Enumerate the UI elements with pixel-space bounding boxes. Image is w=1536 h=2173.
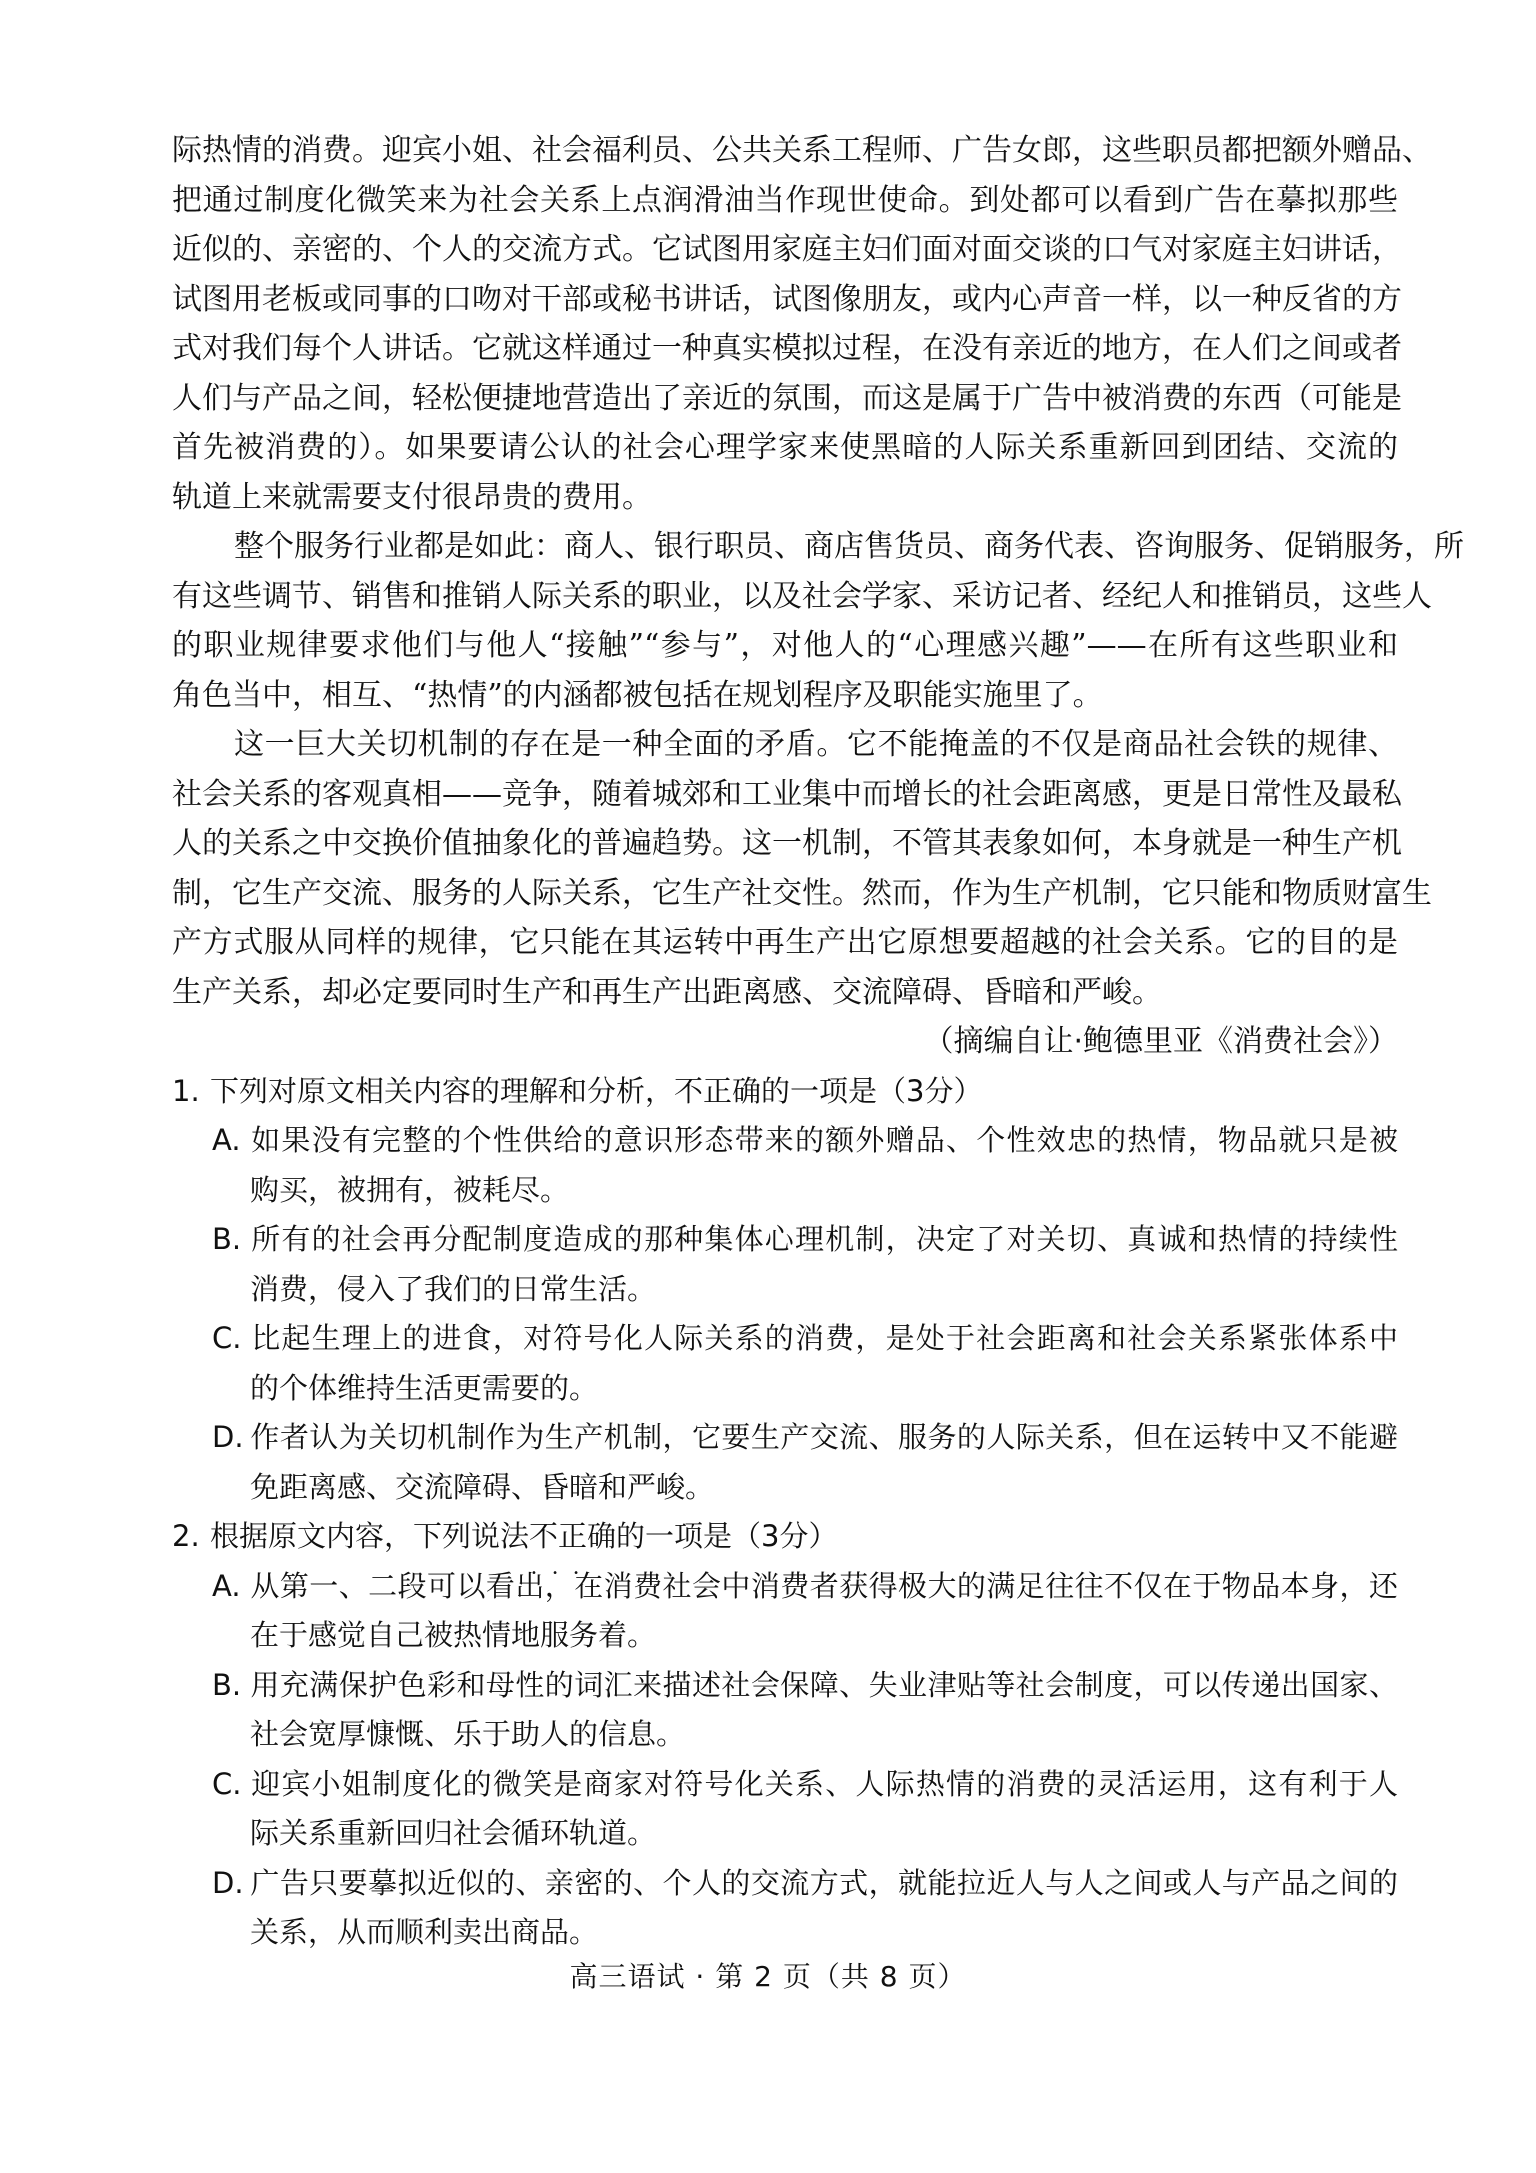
text-line: 制，它生产交流、服务的人际关系，它生产社交性。然而，作为生产机制，它只能和物质财… xyxy=(172,869,1398,919)
option-c[interactable]: C.比起生理上的进食，对符号化人际关系的消费，是处于社会距离和社会关系紧张体系中… xyxy=(172,1314,1398,1413)
stem-text: 根据原文内容，下列说法 xyxy=(210,1519,529,1553)
option-text: 比起生理上的进食，对符号化人际关系的消费，是处于社会距离和社会关系紧张体系中 xyxy=(250,1321,1398,1355)
emphasis-text: 不正确 xyxy=(674,1074,761,1108)
emphasis-text: 不正确 xyxy=(529,1519,616,1553)
passage-paragraph-3: 这一巨大关切机制的存在是一种全面的矛盾。它不能掩盖的不仅是商品社会铁的规律、 社… xyxy=(172,720,1398,1017)
question-number: 2. xyxy=(172,1512,210,1562)
option-letter: A. xyxy=(212,1116,250,1166)
option-text: 际关系重新回归社会循环轨道。 xyxy=(172,1809,1398,1859)
text-line: 社会关系的客观真相——竞争，随着城郊和工业集中而增长的社会距离感，更是日常性及最… xyxy=(172,770,1398,820)
text-line: 人们与产品之间，轻松便捷地营造出了亲近的氛围，而这是属于广告中被消费的东西（可能… xyxy=(172,374,1398,424)
stem-text: 的一项是（3分） xyxy=(761,1074,982,1108)
option-b[interactable]: B.所有的社会再分配制度造成的那种集体心理机制，决定了对关切、真诚和热情的持续性… xyxy=(172,1215,1398,1314)
text-line: 把通过制度化微笑来为社会关系上点润滑油当作现世使命。到处都可以看到广告在摹拟那些 xyxy=(172,176,1398,226)
question-stem: 1.下列对原文相关内容的理解和分析，不正确的一项是（3分） xyxy=(172,1067,1398,1117)
option-text: 社会宽厚慷慨、乐于助人的信息。 xyxy=(172,1710,1398,1760)
text-line: 近似的、亲密的、个人的交流方式。它试图用家庭主妇们面对面交谈的口气对家庭主妇讲话… xyxy=(172,225,1398,275)
option-b[interactable]: B.用充满保护色彩和母性的词汇来描述社会保障、失业津贴等社会制度，可以传递出国家… xyxy=(172,1661,1398,1760)
option-text: 购买，被拥有，被耗尽。 xyxy=(172,1166,1398,1216)
text-line: 有这些调节、销售和推销人际关系的职业，以及社会学家、采访记者、经纪人和推销员，这… xyxy=(172,572,1398,622)
option-text: 所有的社会再分配制度造成的那种集体心理机制，决定了对关切、真诚和热情的持续性 xyxy=(250,1222,1398,1256)
option-text: 用充满保护色彩和母性的词汇来描述社会保障、失业津贴等社会制度，可以传递出国家、 xyxy=(250,1668,1398,1702)
text-line: 产方式服从同样的规律，它只能在其运转中再生产出它原想要超越的社会关系。它的目的是 xyxy=(172,918,1398,968)
text-line: 际热情的消费。迎宾小姐、社会福利员、公共关系工程师、广告女郎，这些职员都把额外赠… xyxy=(172,126,1398,176)
option-letter: B. xyxy=(212,1661,250,1711)
option-d[interactable]: D.广告只要摹拟近似的、亲密的、个人的交流方式，就能拉近人与人之间或人与产品之间… xyxy=(172,1859,1398,1958)
text-line: 轨道上来就需要支付很昂贵的费用。 xyxy=(172,473,1398,523)
passage-source: （摘编自让·鲍德里亚《消费社会》） xyxy=(172,1017,1398,1067)
option-letter: D. xyxy=(212,1859,250,1909)
stem-text: 下列对原文相关内容的理解和分析， xyxy=(210,1074,674,1108)
question-stem: 2.根据原文内容，下列说法不正确的一项是（3分） xyxy=(172,1512,1398,1562)
text-line: 人的关系之中交换价值抽象化的普遍趋势。这一机制，不管其表象如何，本身就是一种生产… xyxy=(172,819,1398,869)
option-text: 的个体维持生活更需要的。 xyxy=(172,1364,1398,1414)
option-letter: B. xyxy=(212,1215,250,1265)
option-text: 关系，从而顺利卖出商品。 xyxy=(172,1908,1398,1958)
option-letter: C. xyxy=(212,1314,250,1364)
text-line: 角色当中，相互、“热情”的内涵都被包括在规划程序及职能实施里了。 xyxy=(172,671,1398,721)
option-text: 作者认为关切机制作为生产机制，它要生产交流、服务的人际关系，但在运转中又不能避 xyxy=(250,1420,1398,1454)
option-a[interactable]: A.如果没有完整的个性供给的意识形态带来的额外赠品、个性效忠的热情，物品就只是被… xyxy=(172,1116,1398,1215)
text-line: 生产关系，却必定要同时生产和再生产出距离感、交流障碍、昏暗和严峻。 xyxy=(172,968,1398,1018)
option-letter: A. xyxy=(212,1562,250,1612)
text-line: 式对我们每个人讲话。它就这样通过一种真实模拟过程，在没有亲近的地方，在人们之间或… xyxy=(172,324,1398,374)
question-number: 1. xyxy=(172,1067,210,1117)
question-1: 1.下列对原文相关内容的理解和分析，不正确的一项是（3分） A.如果没有完整的个… xyxy=(172,1067,1398,1513)
option-text: 在于感觉自己被热情地服务着。 xyxy=(172,1611,1398,1661)
option-letter: C. xyxy=(212,1760,250,1810)
text-line: 这一巨大关切机制的存在是一种全面的矛盾。它不能掩盖的不仅是商品社会铁的规律、 xyxy=(172,720,1398,770)
option-text: 如果没有完整的个性供给的意识形态带来的额外赠品、个性效忠的热情，物品就只是被 xyxy=(250,1123,1398,1157)
option-a[interactable]: A.从第一、二段可以看出，在消费社会中消费者获得极大的满足往往不仅在于物品本身，… xyxy=(172,1562,1398,1661)
page-footer: 高三语试 · 第 2 页（共 8 页） xyxy=(0,1955,1536,1995)
stem-text: 的一项是（3分） xyxy=(616,1519,837,1553)
exam-page: 际热情的消费。迎宾小姐、社会福利员、公共关系工程师、广告女郎，这些职员都把额外赠… xyxy=(172,126,1398,1958)
option-c[interactable]: C.迎宾小姐制度化的微笑是商家对符号化关系、人际热情的消费的灵活运用，这有利于人… xyxy=(172,1760,1398,1859)
text-line: 整个服务行业都是如此：商人、银行职员、商店售货员、商务代表、咨询服务、促销服务，… xyxy=(172,522,1398,572)
text-line: 首先被消费的）。如果要请公认的社会心理学家来使黑暗的人际关系重新回到团结、交流的 xyxy=(172,423,1398,473)
text-line: 试图用老板或同事的口吻对干部或秘书讲话，试图像朋友，或内心声音一样，以一种反省的… xyxy=(172,275,1398,325)
option-d[interactable]: D.作者认为关切机制作为生产机制，它要生产交流、服务的人际关系，但在运转中又不能… xyxy=(172,1413,1398,1512)
option-text: 消费，侵入了我们的日常生活。 xyxy=(172,1265,1398,1315)
option-text: 从第一、二段可以看出，在消费社会中消费者获得极大的满足往往不仅在于物品本身，还 xyxy=(250,1569,1398,1603)
question-2: 2.根据原文内容，下列说法不正确的一项是（3分） A.从第一、二段可以看出，在消… xyxy=(172,1512,1398,1958)
text-line: 的职业规律要求他们与他人“接触”“参与”，对他人的“心理感兴趣”——在所有这些职… xyxy=(172,621,1398,671)
passage-paragraph-1: 际热情的消费。迎宾小姐、社会福利员、公共关系工程师、广告女郎，这些职员都把额外赠… xyxy=(172,126,1398,522)
option-text: 免距离感、交流障碍、昏暗和严峻。 xyxy=(172,1463,1398,1513)
option-letter: D. xyxy=(212,1413,250,1463)
passage-paragraph-2: 整个服务行业都是如此：商人、银行职员、商店售货员、商务代表、咨询服务、促销服务，… xyxy=(172,522,1398,720)
option-text: 迎宾小姐制度化的微笑是商家对符号化关系、人际热情的消费的灵活运用，这有利于人 xyxy=(250,1767,1398,1801)
option-text: 广告只要摹拟近似的、亲密的、个人的交流方式，就能拉近人与人之间或人与产品之间的 xyxy=(250,1866,1398,1900)
